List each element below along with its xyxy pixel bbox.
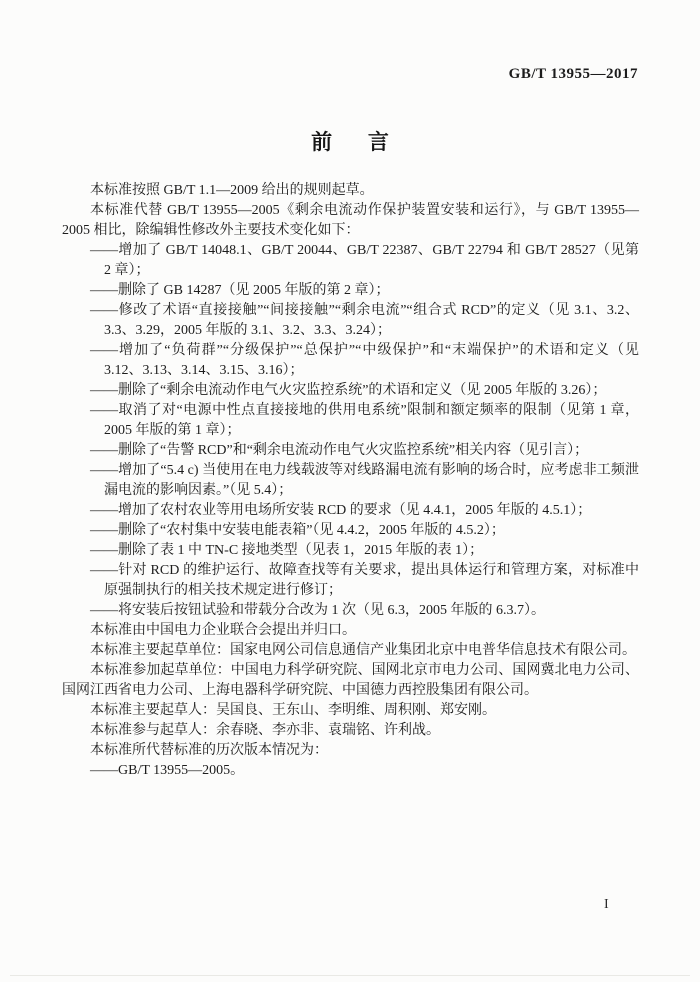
paragraph-replacement-intro: 本标准代替 GB/T 13955—2005《剩余电流动作保护装置安装和运行》，与… xyxy=(62,201,639,241)
change-item: ——增加了“5.4 c) 当使用在电力线载波等对线路漏电流有影响的场合时，应考虑… xyxy=(62,461,639,501)
foreword-body: 本标准按照 GB/T 1.1—2009 给出的规则起草。 本标准代替 GB/T … xyxy=(62,181,639,781)
change-item: ——删除了 GB 14287（见 2005 年版的第 2 章）； xyxy=(62,281,639,301)
change-item: ——增加了 GB/T 14048.1、GB/T 20044、GB/T 22387… xyxy=(62,241,639,281)
change-item: ——增加了“负荷群”“分级保护”“总保护”“中级保护”和“末端保护”的术语和定义… xyxy=(62,341,639,381)
paragraph-proposed-by: 本标准由中国电力企业联合会提出并归口。 xyxy=(62,621,639,641)
change-item: ——将安装后按钮试验和带载分合改为 1 次（见 6.3，2005 年版的 6.3… xyxy=(62,601,639,621)
bottom-scan-edge-line xyxy=(10,975,690,976)
change-item: ——删除了“剩余电流动作电气火灾监控系统”的术语和定义（见 2005 年版的 3… xyxy=(62,381,639,401)
change-item: ——删除了“告警 RCD”和“剩余电流动作电气火灾监控系统”相关内容（见引言）； xyxy=(62,441,639,461)
document-page: GB/T 13955—2017 前 言 本标准按照 GB/T 1.1—2009 … xyxy=(0,0,700,982)
change-item: ——针对 RCD 的维护运行、故障查找等有关要求，提出具体运行和管理方案，对标准… xyxy=(62,561,639,601)
paragraph-other-drafting-orgs: 本标准参加起草单位：中国电力科学研究院、国网北京市电力公司、国网冀北电力公司、国… xyxy=(62,661,639,701)
change-item: ——取消了对“电源中性点直接接地的供用电系统”限制和额定频率的限制（见第 1 章… xyxy=(62,401,639,441)
change-item: ——增加了农村农业等用电场所安装 RCD 的要求（见 4.4.1，2005 年版… xyxy=(62,501,639,521)
paragraph-main-drafting-org: 本标准主要起草单位：国家电网公司信息通信产业集团北京中电普华信息技术有限公司。 xyxy=(62,641,639,661)
paragraph-other-drafters: 本标准参与起草人：余春晓、李亦非、袁瑞铭、许利战。 xyxy=(62,721,639,741)
page-number: I xyxy=(604,897,609,913)
change-item: ——删除了表 1 中 TN-C 接地类型（见表 1，2015 年版的表 1）； xyxy=(62,541,639,561)
paragraph-previous-editions: 本标准所代替标准的历次版本情况为： xyxy=(62,741,639,761)
paragraph-drafting-rule: 本标准按照 GB/T 1.1—2009 给出的规则起草。 xyxy=(62,181,639,201)
previous-edition-item: ——GB/T 13955—2005。 xyxy=(62,761,639,781)
page-title: 前 言 xyxy=(0,126,700,156)
standard-code-header: GB/T 13955—2017 xyxy=(509,66,638,83)
paragraph-main-drafters: 本标准主要起草人：吴国良、王东山、李明维、周积刚、郑安刚。 xyxy=(62,701,639,721)
change-item: ——修改了术语“直接接触”“间接接触”“剩余电流”“组合式 RCD”的定义（见 … xyxy=(62,301,639,341)
change-item: ——删除了“农村集中安装电能表箱”（见 4.4.2，2005 年版的 4.5.2… xyxy=(62,521,639,541)
